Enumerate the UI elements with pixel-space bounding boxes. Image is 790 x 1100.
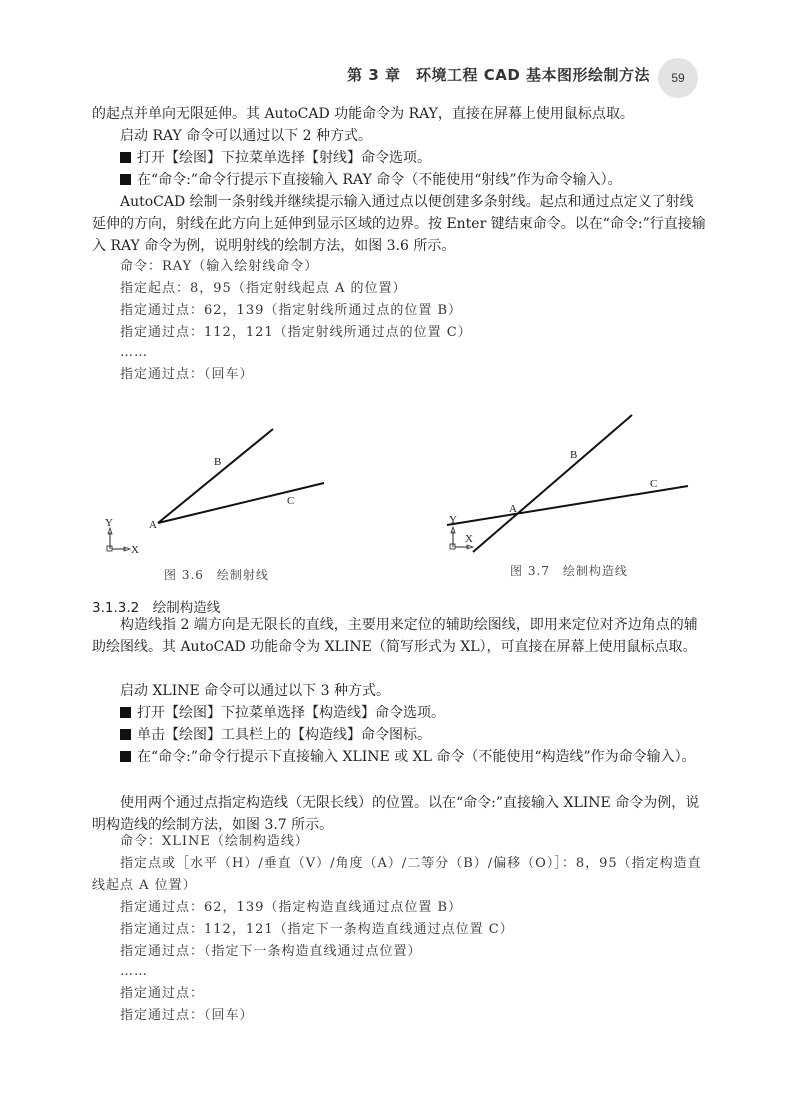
command-line: 命令：XLINE（绘制构造线）	[120, 831, 309, 853]
page-number: 59	[658, 58, 698, 98]
command-line: 指定起点：8，95（指定射线起点 A 的位置）	[120, 278, 406, 300]
svg-text:Y: Y	[105, 517, 113, 529]
svg-text:C: C	[287, 495, 294, 507]
bullet-square-icon	[120, 707, 131, 718]
command-line: 命令：RAY（输入绘射线命令）	[120, 256, 318, 278]
command-line: 指定通过点：（指定下一条构造直线通过点位置）	[120, 941, 422, 963]
figure-3-6-ray-diagram: A B C Y X	[90, 410, 350, 560]
command-line: 指定通过点：62，139（指定构造直线通过点位置 B）	[120, 897, 462, 919]
figure-caption: 图 3.7 绘制构造线	[510, 562, 628, 579]
paragraph: 使用两个通过点指定构造线（无限长线）的位置。以在“命令:”直接输入 XLINE …	[92, 792, 706, 836]
command-line: 指定通过点：62，139（指定射线所通过点的位置 B）	[120, 300, 462, 322]
bullet-square-icon	[120, 729, 131, 740]
paragraph: 的起点并单向无限延伸。其 AutoCAD 功能命令为 RAY，直接在屏幕上使用鼠…	[92, 103, 706, 125]
bullet-item: 在“命令:”命令行提示下直接输入 RAY 命令（不能使用“射线”作为命令输入）。	[92, 169, 706, 191]
paragraph: 构造线指 2 端方向是无限长的直线，主要用来定位的辅助绘图线，即用来定位对齐边角…	[92, 614, 706, 658]
command-line: 指定通过点：112，121（指定射线所通过点的位置 C）	[120, 322, 472, 344]
command-line: ……	[120, 342, 148, 364]
command-line: 指定点或［水平（H）/垂直（V）/角度（A）/二等分（B）/偏移（O）］：8，9…	[92, 853, 706, 897]
command-line: 指定通过点：	[120, 983, 204, 1005]
command-line: 指定通过点：（回车）	[120, 1005, 254, 1027]
section-heading: 3.1.3.2 绘制构造线	[92, 596, 220, 616]
bullet-item: 在“命令:”命令行提示下直接输入 XLINE 或 XL 命令（不能使用“构造线”…	[92, 746, 706, 768]
bullet-item: 单击【绘图】工具栏上的【构造线】命令图标。	[92, 724, 706, 746]
bullet-square-icon	[120, 174, 131, 185]
svg-text:Y: Y	[449, 514, 457, 526]
bullet-square-icon	[120, 152, 131, 163]
page-header: 第 3 章 环境工程 CAD 基本图形绘制方法 59	[0, 58, 790, 92]
paragraph: AutoCAD 绘制一条射线并继续提示输入通过点以便创建多条射线。起点和通过点定…	[92, 191, 706, 257]
bullet-square-icon	[120, 751, 131, 762]
command-line: 指定通过点：112，121（指定下一条构造直线通过点位置 C）	[120, 919, 514, 941]
command-line: ……	[120, 961, 148, 983]
paragraph: 启动 XLINE 命令可以通过以下 3 种方式。	[92, 680, 706, 702]
svg-text:C: C	[650, 478, 657, 490]
svg-text:A: A	[149, 519, 157, 531]
bullet-item: 打开【绘图】下拉菜单选择【射线】命令选项。	[92, 147, 706, 169]
bullet-item: 打开【绘图】下拉菜单选择【构造线】命令选项。	[92, 702, 706, 724]
svg-text:A: A	[509, 503, 517, 515]
svg-text:B: B	[570, 449, 577, 461]
chapter-title: 第 3 章 环境工程 CAD 基本图形绘制方法	[347, 64, 650, 85]
svg-text:B: B	[214, 456, 221, 468]
svg-text:X: X	[131, 544, 139, 556]
paragraph: 启动 RAY 命令可以通过以下 2 种方式。	[92, 125, 706, 147]
figure-3-7-xline-diagram: A B C Y X	[430, 400, 710, 560]
figure-caption: 图 3.6 绘制射线	[164, 566, 269, 583]
command-line: 指定通过点：（回车）	[120, 364, 254, 386]
svg-text:X: X	[465, 533, 473, 545]
